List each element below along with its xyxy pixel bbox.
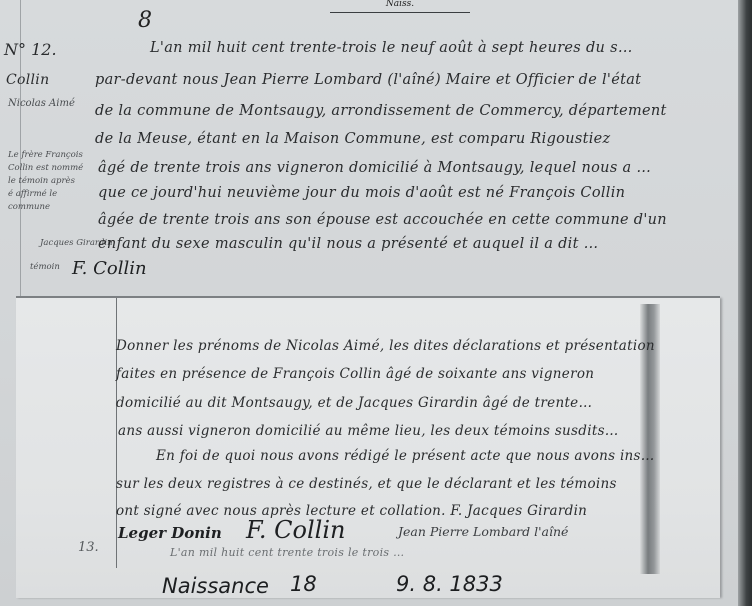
margin-note-line: Collin est nommé (8, 163, 83, 173)
page-marker: 8 (138, 8, 152, 33)
margin-note-line: commune (8, 202, 50, 212)
next-entry-faint-line: L'an mil huit cent trente trois le trois… (170, 546, 404, 559)
margin-note-line: témoin (30, 262, 60, 272)
margin-given-name: Nicolas Aimé (8, 98, 75, 109)
next-entry-number: 13. (78, 540, 99, 555)
slip-text-line: domicilié au dit Montsaugy, et de Jacque… (116, 395, 592, 411)
slip-text-line: ans aussi vigneron domicilié au même lie… (118, 423, 619, 439)
annotation-label: Naissance (162, 574, 269, 598)
entry-text-line: âgée de trente trois ans son épouse est … (98, 212, 667, 228)
slip-text-line: sur les deux registres à ce destinés, et… (116, 476, 617, 492)
slip-text-line: ont signé avec nous après lecture et col… (116, 503, 587, 519)
slip-text-line: faites en présence de François Collin âg… (116, 366, 594, 382)
annotation-date: 9. 8. 1833 (396, 572, 503, 596)
signature-mayor: Jean Pierre Lombard l'aîné (398, 524, 568, 539)
entry-text-line: L'an mil huit cent trente-trois le neuf … (150, 40, 633, 56)
page-header-fragment: Naiss. (330, 0, 470, 13)
annotation-entry-number: 18 (290, 572, 317, 596)
page-edge-shadow (738, 0, 752, 606)
upper-signature: F. Collin (72, 258, 147, 279)
margin-note-line: le témoin après (8, 176, 75, 186)
slip-text-line: Donner les prénoms de Nicolas Aimé, les … (116, 338, 655, 354)
signature-declarant: F. Collin (246, 516, 345, 544)
entry-text-line: enfant du sexe masculin qu'il nous a pré… (98, 236, 598, 252)
slip-text-line: En foi de quoi nous avons rédigé le prés… (156, 448, 655, 464)
margin-surname: Collin (6, 72, 49, 88)
entry-text-line: de la Meuse, étant en la Maison Commune,… (95, 131, 610, 147)
entry-text-line: que ce jourd'hui neuvième jour du mois d… (98, 185, 625, 201)
entry-text-line: âgé de trente trois ans vigneron domicil… (98, 160, 651, 176)
margin-note-line: Le frère François (8, 150, 83, 160)
signature-witness: Leger Donin (118, 524, 222, 542)
entry-text-line: de la commune de Montsaugy, arrondisseme… (95, 103, 667, 119)
entry-number: N° 12. (4, 40, 57, 59)
margin-note-line: é affirmé le (8, 189, 57, 199)
entry-text-line: par-devant nous Jean Pierre Lombard (l'a… (95, 72, 641, 88)
